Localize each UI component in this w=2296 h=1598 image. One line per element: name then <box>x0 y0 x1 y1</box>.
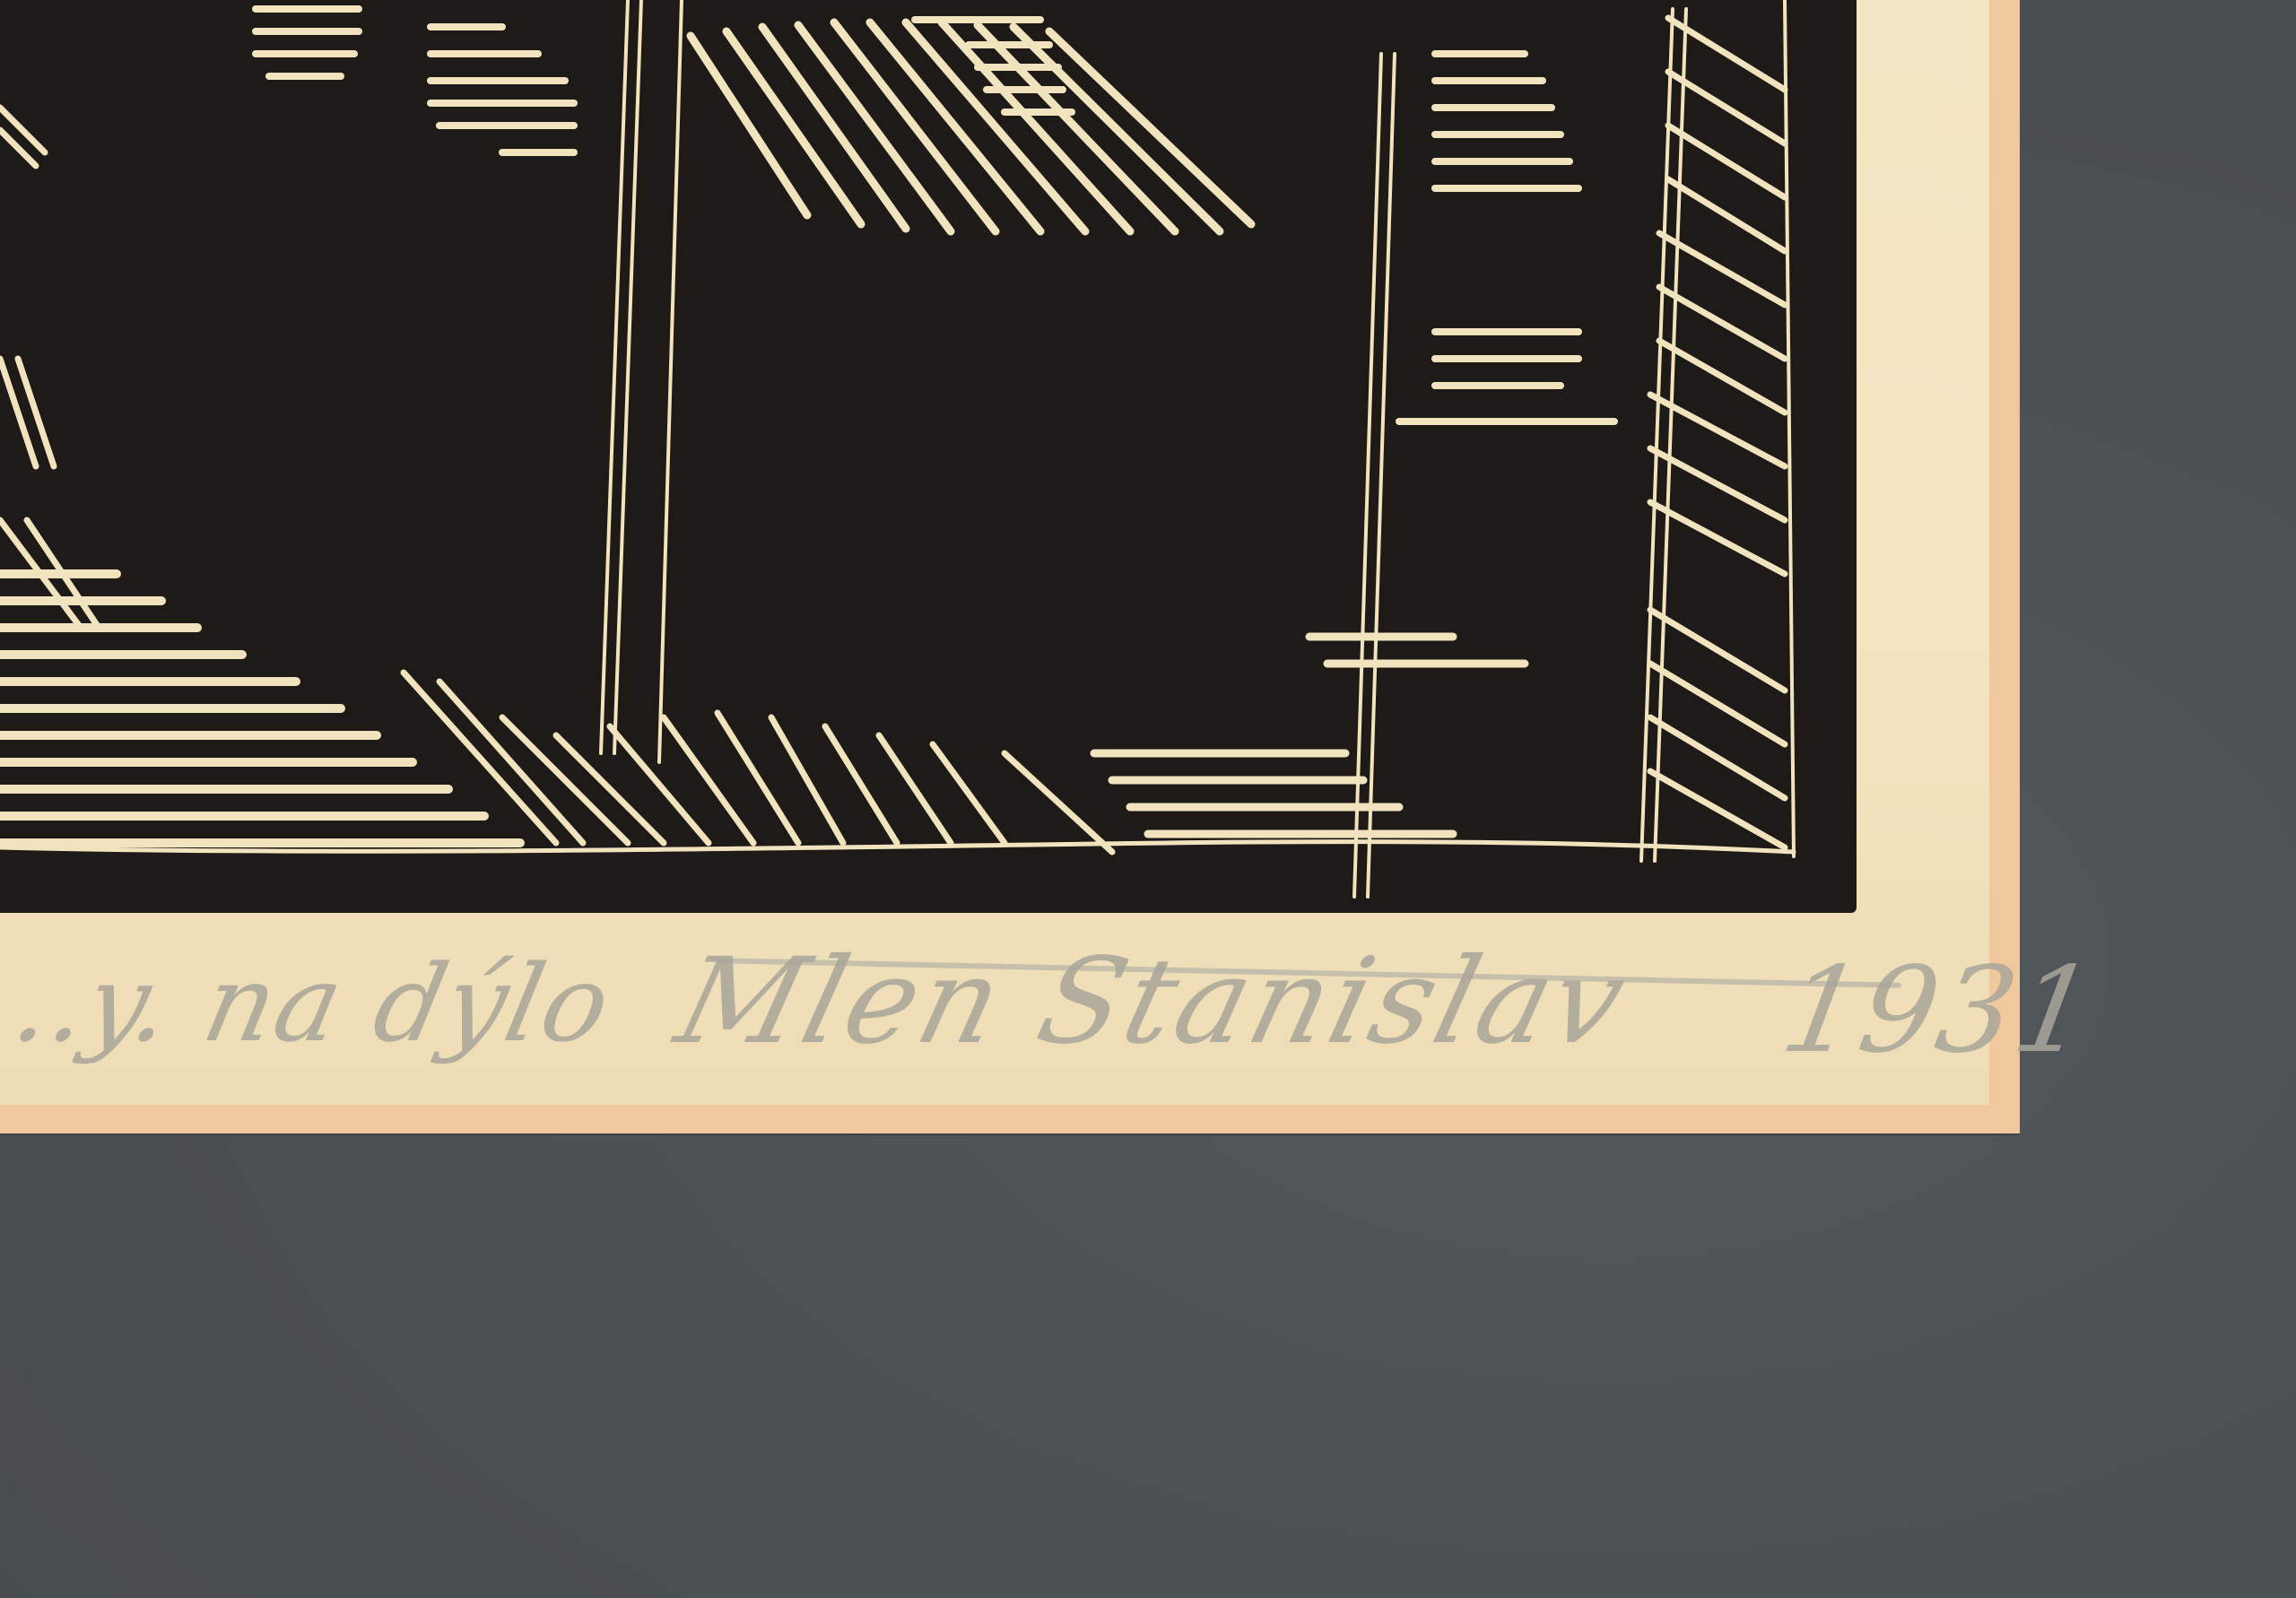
woodcut-print-image <box>0 0 1857 913</box>
pencil-title-inscription: ...y. na dýlo <box>0 942 622 1065</box>
pencil-year: 1931 <box>1772 942 2105 1080</box>
pencil-signature: Mlen Stanislav <box>665 933 1641 1071</box>
woodcut-hatching <box>0 0 1857 913</box>
